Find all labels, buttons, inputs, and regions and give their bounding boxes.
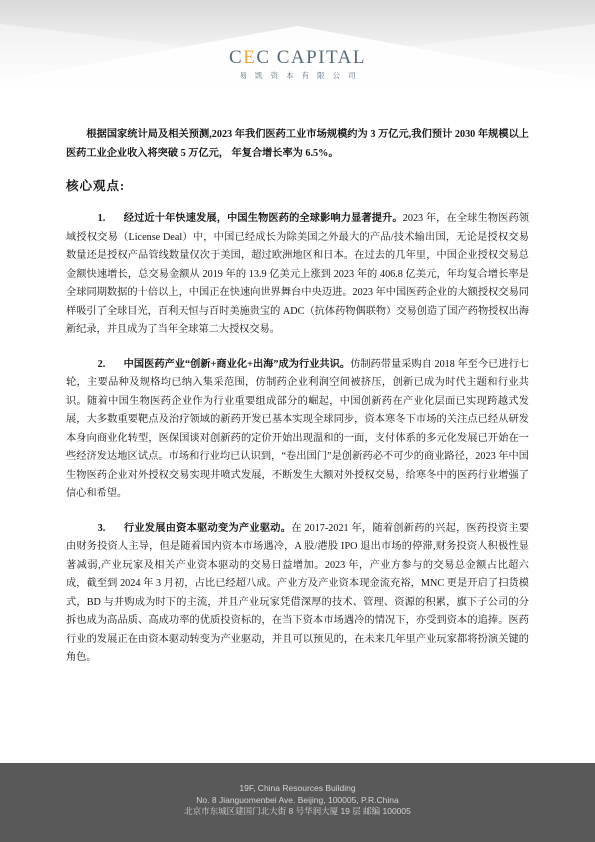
point-number: 3. [98,523,106,534]
point-paragraph-2: 2.中国医药产业“创新+商业化+出海”成为行业共识。仿制药带量采购自 2018 … [66,356,529,504]
company-logo-wordmark: CEC CAPITAL [0,48,595,69]
footer-address-line3: 北京市东城区建国门北大街 8 号华润大厦 19 层 邮编 100005 [0,806,595,818]
point-number: 1. [98,213,106,224]
company-name-chinese: 易凯资本有限公司 [0,72,595,80]
point-number: 2. [98,359,106,370]
intro-paragraph: 根据国家统计局及相关预测,2023 年我们医药工业市场规模约为 3 万亿元,我们… [66,126,529,163]
page-footer: 19F, China Resources Building No. 8 Jian… [0,763,595,842]
document-page: CEC CAPITAL 易凯资本有限公司 根据国家统计局及相关预测,2023 年… [0,0,595,842]
point-body: 在 2017-2021 年，随着创新药的兴起，医药投资主要由财务投资人主导，但是… [66,523,529,664]
logo-letters-rest: C CAPITAL [256,47,366,68]
point-lead: 中国医药产业“创新+商业化+出海”成为行业共识。 [124,359,351,370]
company-logo: CEC CAPITAL 易凯资本有限公司 [0,48,595,80]
page-header: CEC CAPITAL 易凯资本有限公司 [0,0,595,96]
point-paragraph-1: 1.经过近十年快速发展，中国生物医药的全球影响力显著提升。2023 年，在全球生… [66,210,529,340]
point-body: 2023 年，在全球生物医药领域授权交易（License Deal）中，中国已经… [66,213,529,335]
point-lead: 行业发展由资本驱动变为产业驱动。 [124,523,292,534]
logo-letter: C [229,47,243,68]
section-title: 核心观点: [66,176,529,194]
logo-accent-letter: E [243,47,256,68]
document-body: 根据国家统计局及相关预测,2023 年我们医药工业市场规模约为 3 万亿元,我们… [0,96,595,668]
point-paragraph-3: 3.行业发展由资本驱动变为产业驱动。在 2017-2021 年，随着创新药的兴起… [66,520,529,668]
point-lead: 经过近十年快速发展，中国生物医药的全球影响力显著提升。 [124,213,403,224]
point-body: 仿制药带量采购自 2018 年至今已进行七轮，主要品种及规格均已纳入集采范围，仿… [66,359,529,500]
footer-address-line2: No. 8 Jianguomenbei Ave. Beijing, 100005… [0,795,595,807]
footer-address-line1: 19F, China Resources Building [0,783,595,795]
